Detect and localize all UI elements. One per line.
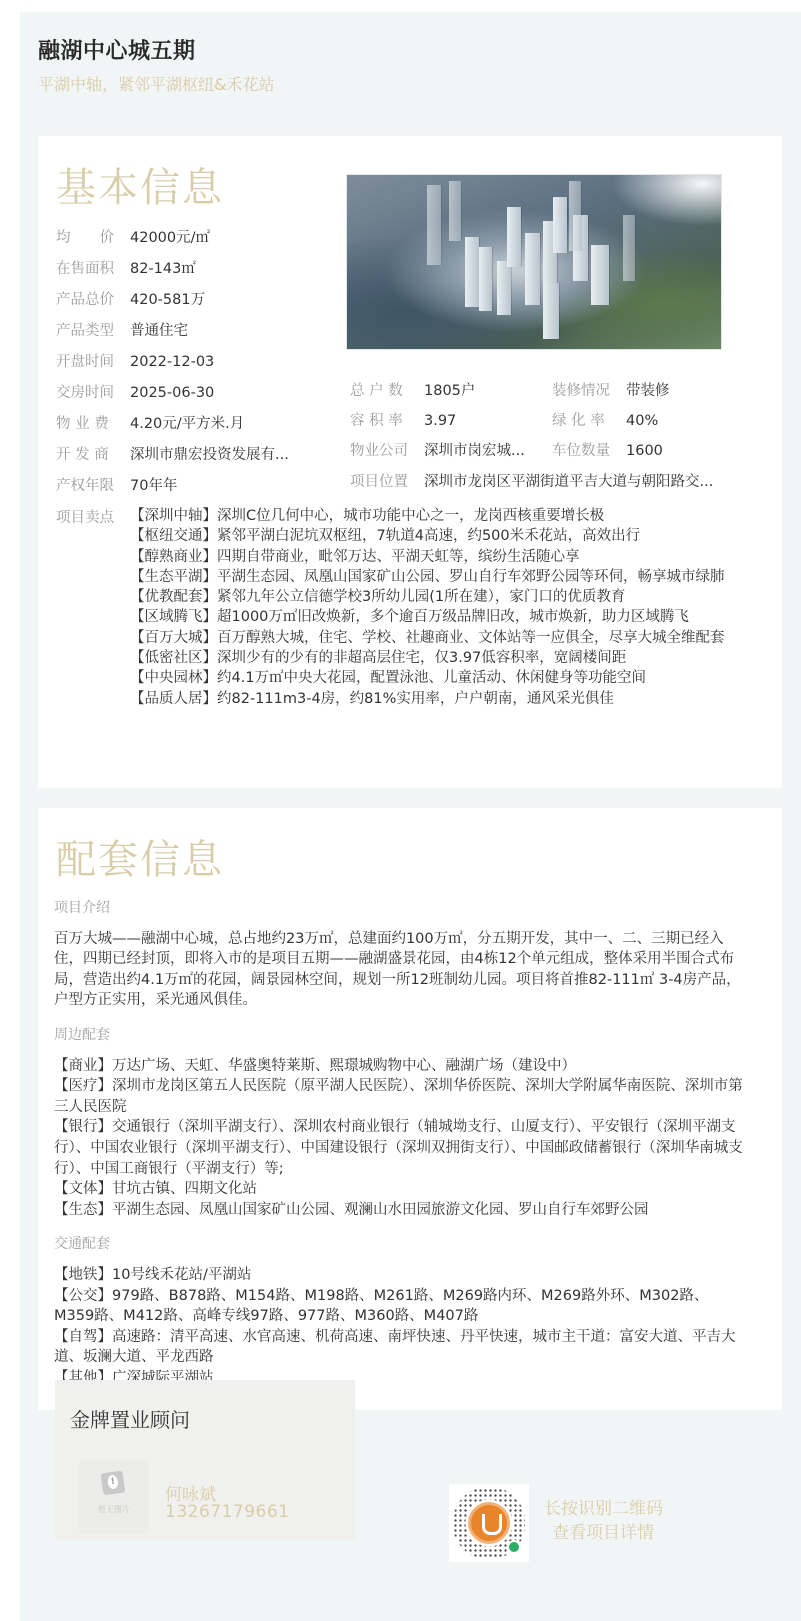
selling-point: 【品质人居】约82-111m3-4房，约81%实用率，户户朝南，通风采光俱佳 bbox=[130, 689, 750, 709]
field-value: 普通住宅 bbox=[130, 323, 188, 339]
field-label: 绿 化 率 bbox=[552, 411, 626, 431]
qr-logo-icon bbox=[468, 1502, 510, 1544]
selling-points-label: 项目卖点 bbox=[56, 506, 114, 527]
transport-item: 【公交】979路、B878路、M154路、M198路、M261路、M269路内环… bbox=[54, 1286, 744, 1327]
transport-item: 【自驾】高速路：清平高速、水官高速、机荷高速、南坪快速、丹平快速，城市主干道：富… bbox=[54, 1327, 744, 1368]
field-location[interactable]: 项目位置深圳市龙岗区平湖街道平吉大道与朝阳路交... bbox=[350, 472, 713, 492]
field-value: 4.20元/平方米.月 bbox=[130, 416, 244, 432]
field-value: 1600 bbox=[626, 443, 663, 459]
field-label: 装修情况 bbox=[552, 381, 626, 401]
field-value: 带装修 bbox=[626, 383, 670, 399]
field-open-date: 开盘时间2022-12-03 bbox=[56, 352, 214, 372]
advisor-panel: 金牌置业顾问 暂无图片 何咏斌 13267179661 bbox=[55, 1380, 355, 1540]
basic-info-card: 基本信息 均 价42000元/㎡ 在售面积82-143㎡ 产品总价420-581… bbox=[38, 136, 782, 788]
field-value: 2022-12-03 bbox=[130, 354, 214, 370]
field-green-ratio: 绿 化 率40% bbox=[552, 411, 658, 431]
qr-hint-line2: 查看项目详情 bbox=[552, 1518, 654, 1543]
field-value: 深圳市岗宏城... bbox=[424, 443, 525, 459]
field-value: 40% bbox=[626, 413, 658, 429]
selling-points-list: 【深圳中轴】深圳C位几何中心，城市功能中心之一，龙岗西核重要增长极 【枢纽交通】… bbox=[130, 506, 750, 709]
support-body: 项目介绍 百万大城——融湖中心城，总占地约23万㎡，总建面约100万㎡，分五期开… bbox=[54, 888, 744, 1388]
selling-point: 【百万大城】百万醇熟大城，住宅、学校、社趣商业、文体站等一应俱全，尽享大城全维配… bbox=[130, 628, 750, 648]
mini-program-icon bbox=[507, 1540, 521, 1554]
intro-text: 百万大城——融湖中心城，总占地约23万㎡，总建面约100万㎡，分五期开发，其中一… bbox=[54, 929, 744, 1011]
selling-point: 【区域腾飞】超1000万㎡旧改焕新，多个逾百万级品牌旧改，城市焕新，助力区域腾飞 bbox=[130, 607, 750, 627]
field-households: 总 户 数1805户 bbox=[350, 381, 475, 401]
field-label: 在售面积 bbox=[56, 259, 130, 279]
field-property-fee: 物 业 费4.20元/平方米.月 bbox=[56, 414, 244, 434]
basic-info-title: 基本信息 bbox=[56, 156, 224, 213]
field-value: 420-581万 bbox=[130, 292, 205, 308]
selling-point: 【枢纽交通】紧邻平湖白泥坑双枢纽，7轨道4高速，约500米禾花站，高效出行 bbox=[130, 526, 750, 546]
advisor-phone[interactable]: 13267179661 bbox=[165, 1502, 289, 1522]
support-info-title: 配套信息 bbox=[56, 828, 224, 885]
surround-label: 周边配套 bbox=[54, 1025, 744, 1046]
field-label: 物业公司 bbox=[350, 441, 424, 461]
field-value: 70年年 bbox=[130, 478, 177, 494]
surround-item: 【医疗】深圳市龙岗区第五人民医院（原平湖人民医院）、深圳华侨医院、深圳大学附属华… bbox=[54, 1076, 744, 1117]
field-label: 总 户 数 bbox=[350, 381, 424, 401]
field-label: 开盘时间 bbox=[56, 352, 130, 372]
field-value: 深圳市鼎宏投资发展有... bbox=[130, 447, 289, 463]
field-value: 深圳市龙岗区平湖街道平吉大道与朝阳路交... bbox=[424, 474, 713, 490]
advisor-title: 金牌置业顾问 bbox=[70, 1404, 190, 1433]
support-info-card: 配套信息 项目介绍 百万大城——融湖中心城，总占地约23万㎡，总建面约100万㎡… bbox=[38, 808, 782, 1410]
field-product-type: 产品类型普通住宅 bbox=[56, 321, 188, 341]
field-label: 产品总价 bbox=[56, 290, 130, 310]
field-value: 82-143㎡ bbox=[130, 261, 196, 277]
image-placeholder-icon bbox=[101, 1471, 126, 1496]
field-label: 容 积 率 bbox=[350, 411, 424, 431]
avatar: 暂无图片 bbox=[79, 1460, 149, 1534]
field-label: 交房时间 bbox=[56, 383, 130, 403]
page: 融湖中心城五期 平湖中轴，紧邻平湖枢纽&禾花站 基本信息 均 价42000元/㎡… bbox=[0, 0, 801, 1621]
avatar-caption: 暂无图片 bbox=[79, 1504, 149, 1515]
transport-label: 交通配套 bbox=[54, 1234, 744, 1255]
field-delivery-date: 交房时间2025-06-30 bbox=[56, 383, 214, 403]
field-total-price: 产品总价420-581万 bbox=[56, 290, 205, 310]
field-term: 产权年限70年年 bbox=[56, 476, 177, 496]
field-area: 在售面积82-143㎡ bbox=[56, 259, 196, 279]
field-label: 项目位置 bbox=[350, 472, 424, 492]
field-parking: 车位数量1600 bbox=[552, 441, 663, 461]
field-label: 开 发 商 bbox=[56, 445, 130, 465]
field-property-company: 物业公司深圳市岗宏城... bbox=[350, 441, 525, 461]
field-label: 车位数量 bbox=[552, 441, 626, 461]
field-plot-ratio: 容 积 率3.97 bbox=[350, 411, 456, 431]
selling-point: 【低密社区】深圳少有的少有的非超高层住宅，仅3.97低容积率，宽阔楼间距 bbox=[130, 648, 750, 668]
selling-point: 【优教配套】紧邻九年公立信德学校3所幼儿园(1所在建），家门口的优质教育 bbox=[130, 587, 750, 607]
selling-point: 【生态平湖】平湖生态园、凤凰山国家矿山公园、罗山自行车郊野公园等环伺，畅享城市绿… bbox=[130, 567, 750, 587]
field-value: 2025-06-30 bbox=[130, 385, 214, 401]
field-value: 42000元/㎡ bbox=[130, 230, 210, 246]
selling-point: 【深圳中轴】深圳C位几何中心，城市功能中心之一，龙岗西核重要增长极 bbox=[130, 506, 750, 526]
field-avg-price: 均 价42000元/㎡ bbox=[56, 228, 210, 248]
surround-item: 【银行】交通银行（深圳平湖支行）、深圳农村商业银行（辅城坳支行、山厦支行）、平安… bbox=[54, 1117, 744, 1179]
selling-point: 【醇熟商业】四期自带商业，毗邻万达、平湖天虹等，缤纷生活随心享 bbox=[130, 547, 750, 567]
field-label: 产权年限 bbox=[56, 476, 130, 496]
advisor-card[interactable]: 暂无图片 何咏斌 13267179661 bbox=[63, 1440, 353, 1530]
surround-item: 【商业】万达广场、天虹、华盛奥特莱斯、熙璟城购物中心、融湖广场（建设中） bbox=[54, 1056, 744, 1077]
qr-code[interactable] bbox=[449, 1484, 529, 1562]
field-label: 均 价 bbox=[56, 228, 130, 248]
transport-item: 【地铁】10号线禾花站/平湖站 bbox=[54, 1265, 744, 1286]
qr-hint-line1: 长按识别二维码 bbox=[544, 1494, 663, 1519]
field-value: 3.97 bbox=[424, 413, 456, 429]
intro-label: 项目介绍 bbox=[54, 898, 744, 919]
field-value: 1805户 bbox=[424, 383, 475, 399]
surround-item: 【生态】平湖生态园、凤凰山国家矿山公园、观澜山水田园旅游文化园、罗山自行车郊野公… bbox=[54, 1200, 744, 1221]
project-aerial-image[interactable] bbox=[346, 174, 722, 350]
surround-item: 【文体】甘坑古镇、四期文化站 bbox=[54, 1179, 744, 1200]
field-label: 物 业 费 bbox=[56, 414, 130, 434]
field-decoration: 装修情况带装修 bbox=[552, 381, 670, 401]
selling-point: 【中央园林】约4.1万㎡中央大花园，配置泳池、儿童活动、休闲健身等功能空间 bbox=[130, 668, 750, 688]
project-subtitle: 平湖中轴，紧邻平湖枢纽&禾花站 bbox=[38, 72, 274, 95]
field-developer: 开 发 商深圳市鼎宏投资发展有... bbox=[56, 445, 289, 465]
project-title: 融湖中心城五期 bbox=[38, 34, 196, 65]
field-label: 产品类型 bbox=[56, 321, 130, 341]
